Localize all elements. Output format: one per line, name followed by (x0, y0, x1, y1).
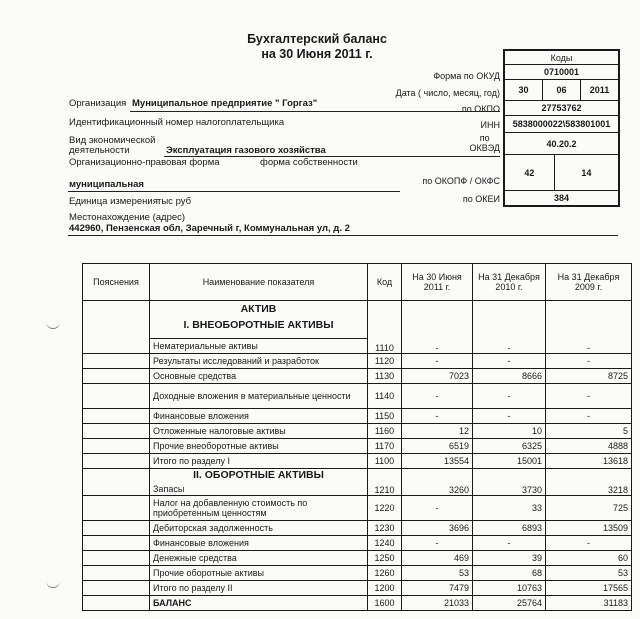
table-row: Прочие внеоборотные активы11706519632548… (83, 439, 632, 454)
value-cell-col2: - (473, 536, 546, 551)
value-cell-col2: 10 (473, 424, 546, 439)
value-cell-col1: - (402, 409, 473, 424)
value-cell-col2: 6325 (473, 439, 546, 454)
value-cell-col1: 7479 (402, 581, 473, 596)
value-cell-col3: 4888 (546, 439, 632, 454)
code-cell: 1250 (368, 551, 402, 566)
date-year: 2011 (580, 80, 618, 100)
code-cell: 1140 (368, 384, 402, 409)
header-code: Код (368, 264, 402, 301)
value-cell-col1: - (402, 354, 473, 369)
explanation-cell (83, 409, 150, 424)
table-row: Доходные вложения в материальные ценност… (83, 384, 632, 409)
value-cell-col3: 725 (546, 496, 632, 521)
balance-table: Пояснения Наименование показателя Код На… (82, 263, 632, 611)
okopf-label: по ОКОПФ / ОКФС (422, 176, 500, 186)
row-name: Дебиторская задолженность (150, 521, 368, 536)
explanation-cell (83, 596, 150, 611)
row-name: Основные средства (150, 369, 368, 384)
value-cell-col3: 13509 (546, 521, 632, 536)
explanation-cell (83, 384, 150, 409)
row-name: Денежные средства (150, 551, 368, 566)
org-underline (130, 111, 500, 112)
unit-label: Единица измерения: (69, 196, 160, 207)
date-day: 30 (505, 80, 542, 100)
legal-form-label: Организационно-правовая форма (69, 157, 220, 168)
ownership-underline (68, 191, 400, 192)
row-name: Прочие внеоборотные активы (150, 439, 368, 454)
row-name: Финансовые вложения (150, 409, 368, 424)
value-cell-col3: 60 (546, 551, 632, 566)
value-cell-col2: 39 (473, 551, 546, 566)
value-cell-col1: - (402, 301, 473, 354)
explanation-cell (83, 536, 150, 551)
explanation-cell (83, 521, 150, 536)
title-line-1: Бухгалтерский баланс (0, 32, 640, 47)
table-row: БАЛАНС1600210332576431183 (83, 596, 632, 611)
date-month: 06 (542, 80, 580, 100)
value-cell-col3: 13618 (546, 454, 632, 469)
value-cell-col3: - (546, 301, 632, 354)
code-cell: 1120 (368, 354, 402, 369)
value-cell-col3: - (546, 354, 632, 369)
codes-box: Коды 0710001 30 06 2011 27753762 5838000… (503, 49, 620, 207)
code-cell: 1130 (368, 369, 402, 384)
value-cell-col2: 25764 (473, 596, 546, 611)
okved-label-line2: ОКВЭД (469, 143, 500, 153)
address-value: 442960, Пензенская обл, Заречный г, Комм… (69, 223, 350, 234)
punch-mark-icon (46, 321, 60, 329)
table-row: Отложенные налоговые активы116012105 (83, 424, 632, 439)
explanation-cell (83, 581, 150, 596)
okpo-label: по ОКПО (462, 104, 500, 114)
value-cell-col3: 5 (546, 424, 632, 439)
value-cell-col3: - (546, 536, 632, 551)
code-cell: 1600 (368, 596, 402, 611)
value-cell-col2: 15001 (473, 454, 546, 469)
row-name: Прочие оборотные активы (150, 566, 368, 581)
code-cell: 1260 (368, 566, 402, 581)
inn-code-label: ИНН (481, 120, 500, 130)
table-header-row: Пояснения Наименование показателя Код На… (83, 264, 632, 301)
value-cell-col1: 6519 (402, 439, 473, 454)
codes-header: Коды (505, 51, 618, 64)
value-cell-col1: 3696 (402, 521, 473, 536)
explanation-cell (83, 469, 150, 496)
section2-heading: II. ОБОРОТНЫЕ АКТИВЫ (153, 469, 364, 481)
okud-value: 0710001 (505, 65, 618, 79)
code-cell: 1150 (368, 409, 402, 424)
explanation-cell (83, 566, 150, 581)
table-row: Налог на добавленную стоимость по приобр… (83, 496, 632, 521)
code-cell: 1210 (368, 469, 402, 496)
value-cell-col2: - (473, 409, 546, 424)
explanation-cell (83, 354, 150, 369)
okpo-value: 27753762 (505, 101, 618, 115)
header-name: Наименование показателя (150, 264, 368, 301)
code-cell: 1170 (368, 439, 402, 454)
address-label: Местонахождение (адрес) (69, 212, 185, 223)
value-cell-col1: 21033 (402, 596, 473, 611)
code-cell: 1200 (368, 581, 402, 596)
value-cell-col2: 6893 (473, 521, 546, 536)
value-cell-col3: - (546, 409, 632, 424)
row-name: Запасы (153, 484, 364, 495)
row-name: Отложенные налоговые активы (150, 424, 368, 439)
table-row: Денежные средства12504693960 (83, 551, 632, 566)
header-col3: На 31 Декабря 2009 г. (546, 264, 632, 301)
value-cell-col1: - (402, 384, 473, 409)
row-name: Доходные вложения в материальные ценност… (150, 384, 368, 409)
explanation-cell (83, 551, 150, 566)
table-row: Дебиторская задолженность123036966893135… (83, 521, 632, 536)
address-underline (68, 235, 618, 236)
value-cell-col3: 31183 (546, 596, 632, 611)
value-cell-col3: 53 (546, 566, 632, 581)
row-name: Финансовые вложения (150, 536, 368, 551)
okei-value: 384 (505, 191, 618, 205)
value-cell-col1: 53 (402, 566, 473, 581)
okud-label: Форма по ОКУД (433, 71, 500, 81)
okopf-value: 42 (505, 155, 554, 190)
code-cell: 1110 (368, 301, 402, 354)
table-row: Результаты исследований и разработок1120… (83, 354, 632, 369)
code-cell: 1240 (368, 536, 402, 551)
row-name: БАЛАНС (150, 596, 368, 611)
inn-value: 5838000022\583801001 (505, 116, 618, 132)
explanation-cell (83, 496, 150, 521)
value-cell-col2: - (473, 301, 546, 354)
inn-label: Идентификационный номер налогоплательщик… (69, 117, 284, 128)
explanation-cell (83, 439, 150, 454)
code-cell: 1100 (368, 454, 402, 469)
punch-mark-icon (46, 580, 60, 588)
value-cell-col2: 3730 (473, 469, 546, 496)
row-name: Нематериальные активы (150, 339, 368, 354)
ownership-value: муниципальная (69, 179, 144, 190)
value-cell-col2: - (473, 354, 546, 369)
header-col2: На 31 Декабря 2010 г. (473, 264, 546, 301)
value-cell-col3: 17565 (546, 581, 632, 596)
assets-heading: АКТИВ (153, 304, 364, 315)
ownership-label: форма собственности (260, 157, 358, 168)
value-cell-col2: 68 (473, 566, 546, 581)
value-cell-col1: 7023 (402, 369, 473, 384)
value-cell-col1: 12 (402, 424, 473, 439)
table-row: Финансовые вложения1240--- (83, 536, 632, 551)
section2-heading-cell: II. ОБОРОТНЫЕ АКТИВЫЗапасы (150, 469, 368, 496)
okved-value: 40.20.2 (505, 133, 618, 154)
explanation-cell (83, 301, 150, 354)
table-row: Основные средства1130702386668725 (83, 369, 632, 384)
date-label: Дата ( число, месяц, год) (396, 88, 500, 98)
value-cell-col1: 3260 (402, 469, 473, 496)
header-explanations: Пояснения (83, 264, 150, 301)
value-cell-col2: 8666 (473, 369, 546, 384)
value-cell-col3: 8725 (546, 369, 632, 384)
section1-heading-row: АКТИВ I. ВНЕОБОРОТНЫЕ АКТИВЫ 1110 - - - (83, 301, 632, 339)
org-label: Организация (69, 98, 126, 109)
okei-label: по ОКЕИ (463, 194, 500, 204)
explanation-cell (83, 424, 150, 439)
explanation-cell (83, 369, 150, 384)
value-cell-col2: 10763 (473, 581, 546, 596)
activity-label-2: деятельности (69, 145, 130, 156)
value-cell-col1: 13554 (402, 454, 473, 469)
okved-label-line1: по (469, 133, 500, 143)
okved-label: по ОКВЭД (469, 133, 500, 153)
row-name: Налог на добавленную стоимость по приобр… (150, 496, 368, 521)
header-col1: На 30 Июня 2011 г. (402, 264, 473, 301)
row-name: Результаты исследований и разработок (150, 354, 368, 369)
table-row: Финансовые вложения1150--- (83, 409, 632, 424)
value-cell-col3: - (546, 384, 632, 409)
code-cell: 1220 (368, 496, 402, 521)
section1-heading: I. ВНЕОБОРОТНЫЕ АКТИВЫ (153, 320, 364, 331)
value-cell-col1: 469 (402, 551, 473, 566)
unit-value: тыс руб (157, 196, 191, 207)
section2-heading-row: II. ОБОРОТНЫЕ АКТИВЫЗапасы12103260373032… (83, 469, 632, 496)
org-value: Муниципальное предприятие " Горгаз" (132, 98, 317, 109)
okfs-value: 14 (554, 155, 618, 190)
row-name: Итого по разделу II (150, 581, 368, 596)
table-row: Прочие оборотные активы1260536853 (83, 566, 632, 581)
row-name: Итого по разделу I (150, 454, 368, 469)
table-row: Итого по разделу II120074791076317565 (83, 581, 632, 596)
code-cell: 1230 (368, 521, 402, 536)
activity-value: Эксплуатация газового хозяйства (166, 145, 326, 156)
section1-heading-cell: АКТИВ I. ВНЕОБОРОТНЫЕ АКТИВЫ (150, 301, 368, 339)
value-cell-col1: - (402, 496, 473, 521)
code-cell: 1160 (368, 424, 402, 439)
value-cell-col2: 33 (473, 496, 546, 521)
value-cell-col2: - (473, 384, 546, 409)
table-row: Итого по разделу I1100135541500113618 (83, 454, 632, 469)
explanation-cell (83, 454, 150, 469)
value-cell-col3: 3218 (546, 469, 632, 496)
value-cell-col1: - (402, 536, 473, 551)
